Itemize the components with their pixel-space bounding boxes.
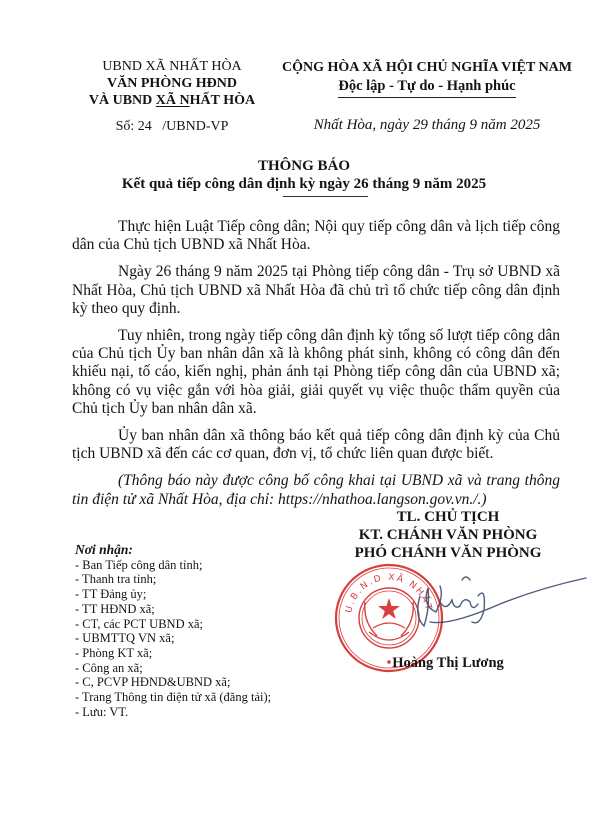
body-paragraph: Ủy ban nhân dân xã thông báo kết quả tiế… [72, 427, 560, 463]
signature-authority: TL. CHỦ TỊCH [318, 508, 578, 526]
recipient-item: - Trang Thông tin điện tử xã (đăng tải); [75, 690, 295, 705]
signature-block: TL. CHỦ TỊCH KT. CHÁNH VĂN PHÒNG PHÓ CHÁ… [318, 508, 578, 562]
body-paragraph: Thực hiện Luật Tiếp công dân; Nội quy ti… [72, 218, 560, 254]
recipient-item: - Công an xã; [75, 661, 295, 676]
agency-office-line2: VÀ UBND XÃ NHẤT HÒA [62, 92, 282, 109]
recipient-item: - Thanh tra tỉnh; [75, 572, 295, 587]
document-title: THÔNG BÁO [60, 157, 548, 175]
agency-office-underlined: XÃ N [156, 93, 190, 108]
agency-office-prefix: VÀ UBND [89, 93, 156, 108]
national-header: CỘNG HÒA XÃ HỘI CHỦ NGHĨA VIỆT NAM Độc l… [268, 58, 586, 98]
recipient-item: - Lưu: VT. [75, 705, 295, 720]
signature-delegation: KT. CHÁNH VĂN PHÒNG [318, 526, 578, 544]
recipient-item: - UBMTTQ VN xã; [75, 631, 295, 646]
document-title-block: THÔNG BÁO Kết quả tiếp công dân định kỳ … [60, 157, 548, 193]
document-subtitle: Kết quả tiếp công dân định kỳ ngày 26 th… [60, 175, 548, 193]
nation-name: CỘNG HÒA XÃ HỘI CHỦ NGHĨA VIỆT NAM [268, 58, 586, 77]
recipients-list: Nơi nhận: - Ban Tiếp công dân tỉnh; - Th… [75, 543, 295, 719]
document-body: Thực hiện Luật Tiếp công dân; Nội quy ti… [72, 218, 560, 518]
recipient-item: - C, PCVP HĐND&UBND xã; [75, 675, 295, 690]
recipient-item: - TT HĐND xã; [75, 602, 295, 617]
handwritten-signature-icon [400, 566, 590, 646]
recipient-item: - Phòng KT xã; [75, 646, 295, 661]
document-number: Số: 24 /UBND-VP [62, 119, 282, 135]
agency-parent: UBND XÃ NHẤT HÒA [62, 58, 282, 75]
issuing-agency: UBND XÃ NHẤT HÒA VĂN PHÒNG HĐND VÀ UBND … [62, 58, 282, 109]
signer-name: Hoàng Thị Lương [318, 655, 578, 672]
recipients-heading: Nơi nhận: [75, 543, 295, 558]
recipient-item: - Ban Tiếp công dân tỉnh; [75, 558, 295, 573]
title-divider [283, 196, 368, 197]
national-motto: Độc lập - Tự do - Hạnh phúc [338, 77, 515, 98]
agency-office: VĂN PHÒNG HĐND [62, 75, 282, 92]
body-paragraph: Ngày 26 tháng 9 năm 2025 tại Phòng tiếp … [72, 263, 560, 318]
recipient-item: - TT Đảng ủy; [75, 587, 295, 602]
recipient-item: - CT, các PCT UBND xã; [75, 617, 295, 632]
place-date: Nhất Hòa, ngày 29 tháng 9 năm 2025 [268, 117, 586, 134]
agency-office-suffix: HẤT HÒA [190, 93, 255, 108]
signature-position: PHÓ CHÁNH VĂN PHÒNG [318, 544, 578, 562]
publication-note: (Thông báo này được công bố công khai tạ… [72, 472, 560, 508]
body-paragraph: Tuy nhiên, trong ngày tiếp công dân định… [72, 327, 560, 418]
